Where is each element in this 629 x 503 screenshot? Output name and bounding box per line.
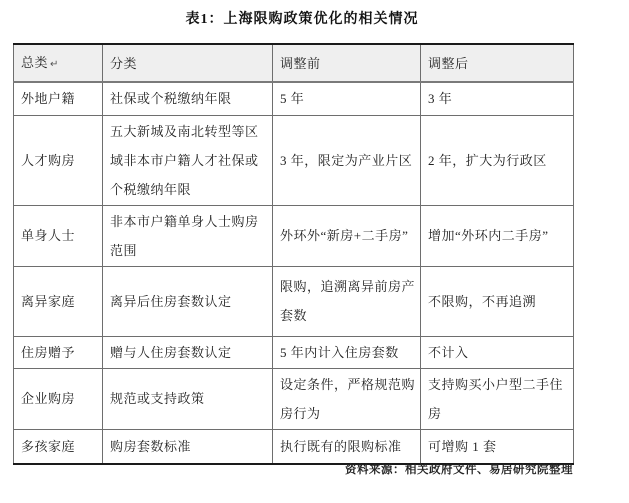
column-header-category: 总类↵ [14,44,103,82]
source-note: 资料来源：相关政府文件、易居研究院整理 [13,461,573,477]
page: 表1：上海限购政策优化的相关情况 总类↵ 分类 调整前 调整后 外地户籍 社保或… [0,0,629,503]
paragraph-return-mark: ↵ [50,59,59,70]
cell-before: 3 年，限定为产业片区 [273,115,421,205]
table-row: 离异家庭 离异后住房套数认定 限购，追溯离异前房产套数 不限购，不再追溯 [14,266,574,336]
cell-category: 住房赠予 [14,336,103,368]
cell-subcategory: 规范或支持政策 [103,368,273,429]
cell-category: 外地户籍 [14,82,103,115]
cell-before: 执行既有的限购标准 [273,429,421,464]
cell-category: 企业购房 [14,368,103,429]
cell-after: 可增购 1 套 [421,429,574,464]
policy-table: 总类↵ 分类 调整前 调整后 外地户籍 社保或个税缴纳年限 5 年 3 年 人才… [13,43,574,465]
cell-after: 不限购，不再追溯 [421,266,574,336]
cell-category: 单身人士 [14,205,103,266]
cell-before: 5 年 [273,82,421,115]
column-header-category-label: 总类 [21,55,48,70]
cell-subcategory: 赠与人住房套数认定 [103,336,273,368]
table-row: 外地户籍 社保或个税缴纳年限 5 年 3 年 [14,82,574,115]
cell-subcategory: 购房套数标准 [103,429,273,464]
cell-subcategory: 离异后住房套数认定 [103,266,273,336]
cell-after: 3 年 [421,82,574,115]
table-title: 表1：上海限购政策优化的相关情况 [13,8,591,28]
cell-subcategory: 五大新城及南北转型等区域非本市户籍人才社保或个税缴纳年限 [103,115,273,205]
table-row: 企业购房 规范或支持政策 设定条件，严格规范购房行为 支持购买小户型二手住房 [14,368,574,429]
column-header-before: 调整前 [273,44,421,82]
column-header-after: 调整后 [421,44,574,82]
table-row: 人才购房 五大新城及南北转型等区域非本市户籍人才社保或个税缴纳年限 3 年，限定… [14,115,574,205]
cell-subcategory: 非本市户籍单身人士购房范围 [103,205,273,266]
cell-before: 外环外“新房+二手房” [273,205,421,266]
table-row: 住房赠予 赠与人住房套数认定 5 年内计入住房套数 不计入 [14,336,574,368]
cell-after: 2 年，扩大为行政区 [421,115,574,205]
column-header-subcategory: 分类 [103,44,273,82]
cell-after: 支持购买小户型二手住房 [421,368,574,429]
table-row: 多孩家庭 购房套数标准 执行既有的限购标准 可增购 1 套 [14,429,574,464]
cell-before: 5 年内计入住房套数 [273,336,421,368]
table-row: 单身人士 非本市户籍单身人士购房范围 外环外“新房+二手房” 增加“外环内二手房… [14,205,574,266]
header-row: 总类↵ 分类 调整前 调整后 [14,44,574,82]
cell-subcategory: 社保或个税缴纳年限 [103,82,273,115]
cell-after: 增加“外环内二手房” [421,205,574,266]
cell-after: 不计入 [421,336,574,368]
cell-before: 限购，追溯离异前房产套数 [273,266,421,336]
cell-before: 设定条件，严格规范购房行为 [273,368,421,429]
cell-category: 人才购房 [14,115,103,205]
cell-category: 多孩家庭 [14,429,103,464]
cell-category: 离异家庭 [14,266,103,336]
